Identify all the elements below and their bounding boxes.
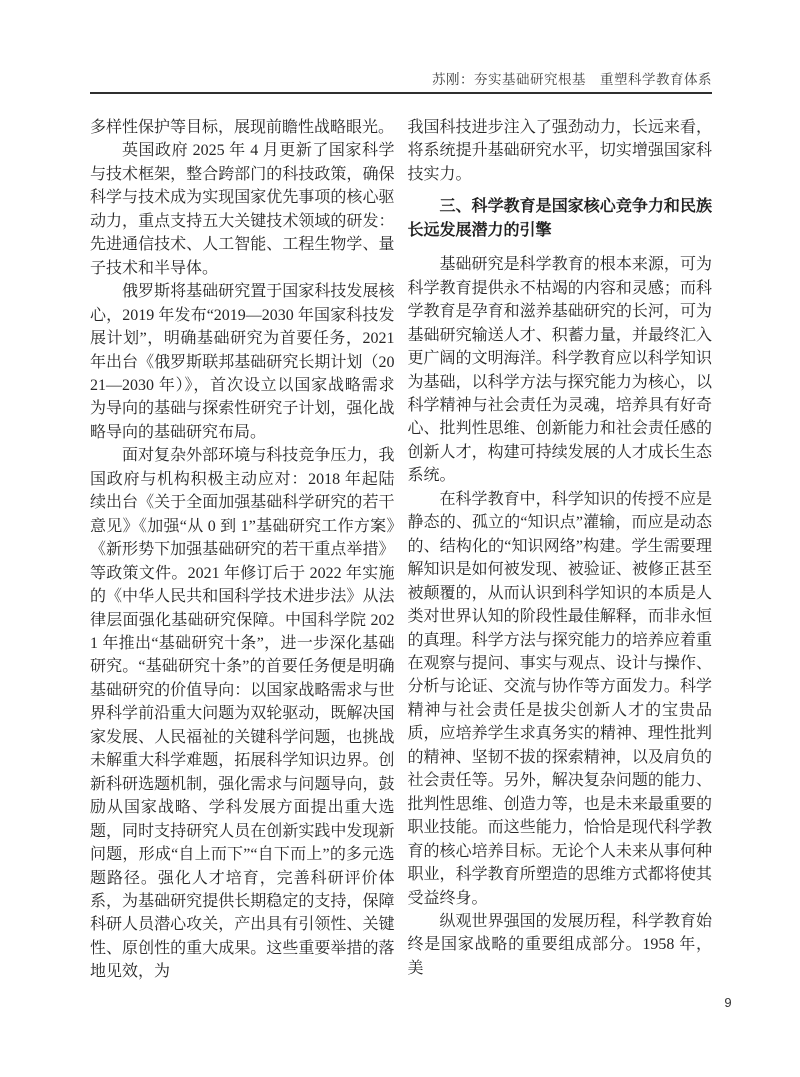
document-page: 苏刚：夯实基础研究根基 重塑科学教育体系 多样性保护等目标，展现前瞻性战略眼光。… <box>0 0 800 1077</box>
paragraph: 基础研究是科学教育的根本来源，可为科学教育提供永不枯竭的内容和灵感；而科学教育是… <box>408 253 713 488</box>
right-column: 我国科技进步注入了强劲动力，长远来看，将系统提升基础研究水平，切实增强国家科技实… <box>408 116 713 984</box>
paragraph: 英国政府 2025 年 4 月更新了国家科学与技术框架，整合跨部门的科技政策，确… <box>90 139 395 280</box>
running-header: 苏刚：夯实基础研究根基 重塑科学教育体系 <box>90 72 712 88</box>
page-number: 9 <box>716 995 740 1010</box>
paragraph: 在科学教育中，科学知识的传授不应是静态的、孤立的“知识点”灌输，而应是动态的、结… <box>408 488 713 910</box>
page-body: 多样性保护等目标，展现前瞻性战略眼光。 英国政府 2025 年 4 月更新了国家… <box>90 116 712 984</box>
section-heading: 三、科学教育是国家核心竞争力和民族长远发展潜力的引擎 <box>408 195 713 242</box>
paragraph: 面对复杂外部环境与科技竞争压力，我国政府与机构积极主动应对：2018 年起陆续出… <box>90 444 395 983</box>
paragraph: 俄罗斯将基础研究置于国家科技发展核心，2019 年发布“2019—2030 年国… <box>90 280 395 444</box>
paragraph: 我国科技进步注入了强劲动力，长远来看，将系统提升基础研究水平，切实增强国家科技实… <box>408 116 713 186</box>
left-column: 多样性保护等目标，展现前瞻性战略眼光。 英国政府 2025 年 4 月更新了国家… <box>90 116 395 984</box>
paragraph: 纵观世界强国的发展历程，科学教育始终是国家战略的重要组成部分。1958 年，美 <box>408 910 713 980</box>
paragraph: 多样性保护等目标，展现前瞻性战略眼光。 <box>90 116 395 139</box>
header-rule <box>90 92 712 94</box>
